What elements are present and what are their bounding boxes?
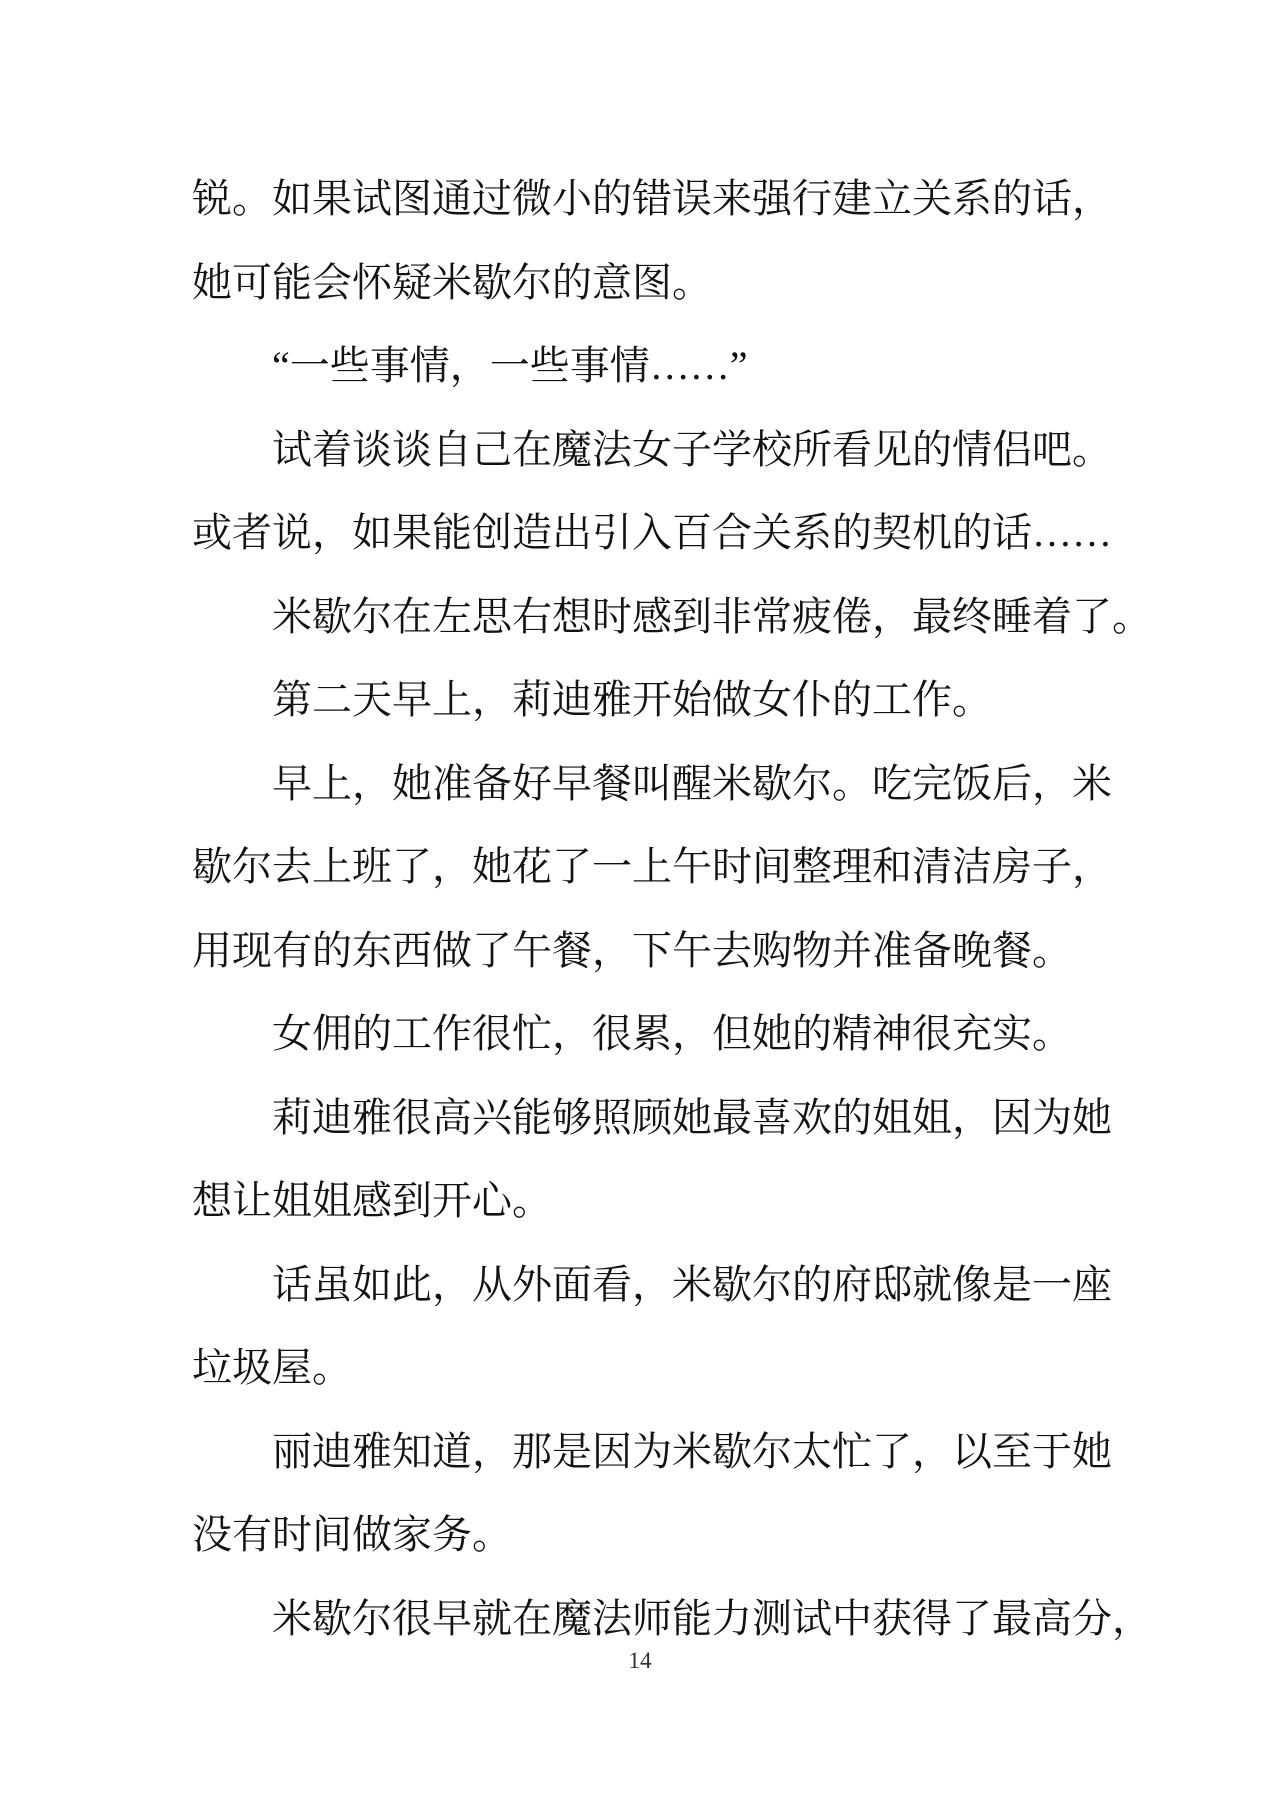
text-line: 早上，她准备好早餐叫醒米歇尔。吃完饭后，米 [192,742,1117,826]
text-line: 或者说，如果能创造出引入百合关系的契机的话…… [192,491,1117,575]
text-line: 试着谈谈自己在魔法女子学校所看见的情侣吧。 [192,408,1117,492]
text-line: “一些事情，一些事情……” [192,324,1117,408]
text-line: 歇尔去上班了，她花了一上午时间整理和清洁房子， [192,825,1117,909]
text-line: 丽迪雅知道，那是因为米歇尔太忙了，以至于她 [192,1410,1117,1494]
document-page: 锐。如果试图通过微小的错误来强行建立关系的话，她可能会怀疑米歇尔的意图。“一些事… [0,0,1280,1810]
text-line: 女佣的工作很忙，很累，但她的精神很充实。 [192,992,1117,1076]
text-line: 莉迪雅很高兴能够照顾她最喜欢的姐姐，因为她 [192,1076,1117,1160]
text-line: 垃圾屋。 [192,1326,1117,1410]
body-text: 锐。如果试图通过微小的错误来强行建立关系的话，她可能会怀疑米歇尔的意图。“一些事… [192,157,1117,1660]
text-line: 锐。如果试图通过微小的错误来强行建立关系的话， [192,157,1117,241]
text-line: 想让姐姐感到开心。 [192,1159,1117,1243]
text-line: 用现有的东西做了午餐，下午去购物并准备晚餐。 [192,909,1117,993]
text-line: 话虽如此，从外面看，米歇尔的府邸就像是一座 [192,1243,1117,1327]
text-line: 没有时间做家务。 [192,1493,1117,1577]
text-line: 她可能会怀疑米歇尔的意图。 [192,241,1117,325]
text-line: 第二天早上，莉迪雅开始做女仆的工作。 [192,658,1117,742]
text-line: 米歇尔在左思右想时感到非常疲倦，最终睡着了。 [192,575,1117,659]
page-number: 14 [0,1646,1280,1676]
